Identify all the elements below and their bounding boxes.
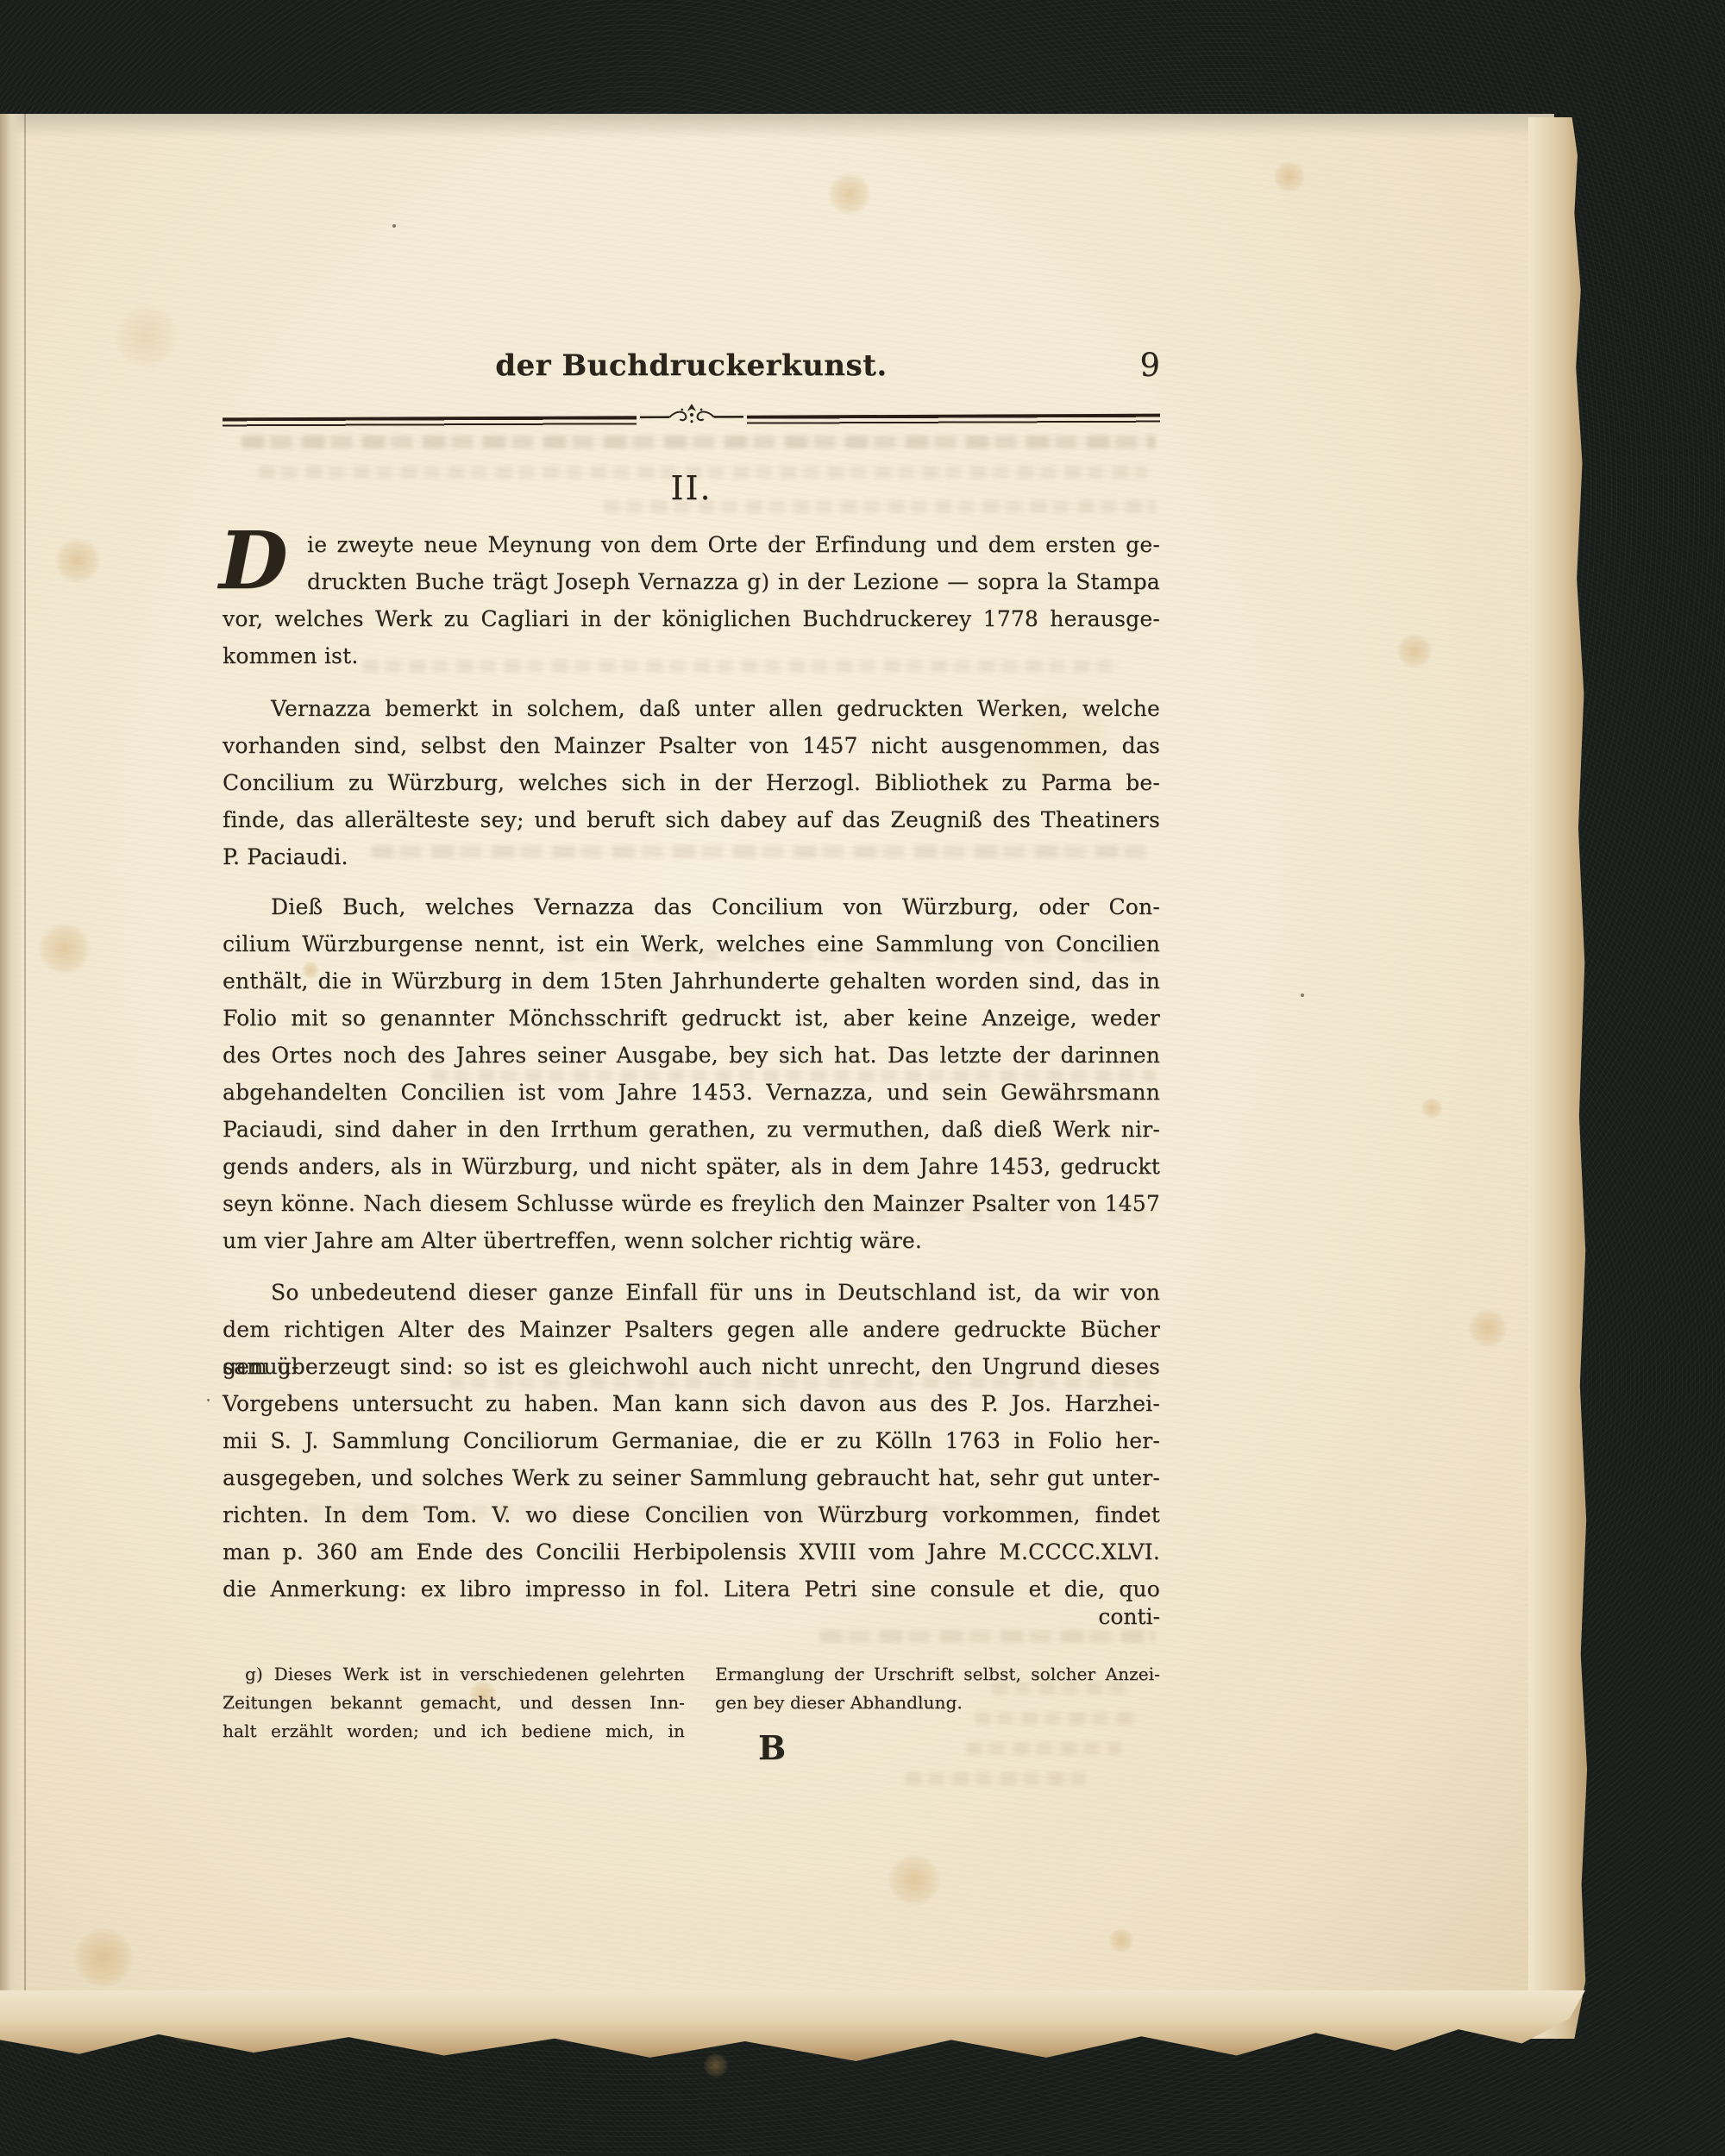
- text-line: mii S. J. Sammlung Conciliorum Germaniae…: [223, 1422, 1160, 1459]
- ink-speck: [1301, 993, 1304, 997]
- text-line: cilium Würzburgense nennt, ist ein Werk,…: [223, 925, 1160, 962]
- text-line: enthält, die in Würzburg in dem 15ten Ja…: [223, 962, 1160, 1000]
- gutter-crease: [24, 114, 26, 2002]
- text-line: Concilium zu Würzburg, welches sich in d…: [223, 764, 1160, 801]
- text-line: abgehandelten Concilien ist vom Jahre 14…: [223, 1074, 1160, 1111]
- foxing-stain: [1469, 1309, 1507, 1347]
- text-line: kommen ist.: [223, 637, 1160, 674]
- text-line: ausgegeben, und solches Werk zu seiner S…: [223, 1459, 1160, 1496]
- text-line: seyn könne. Nach diesem Schlusse würde e…: [223, 1185, 1160, 1222]
- text-line: vorhanden sind, selbst den Mainzer Psalt…: [223, 727, 1160, 764]
- text-line: des Ortes noch des Jahres seiner Ausgabe…: [223, 1037, 1160, 1074]
- text-line: Vorgebens untersucht zu haben. Man kann …: [223, 1385, 1160, 1422]
- deckle-edge-bottom: [0, 1990, 1585, 2061]
- text-line: Folio mit so genannter Mönchsschrift ged…: [223, 1000, 1160, 1037]
- page-gutter: [0, 114, 26, 2002]
- paragraph-4: So unbedeutend dieser ganze Einfall für …: [223, 1274, 1160, 1608]
- showthrough-line: [906, 1772, 1087, 1785]
- footnote-line: Zeitungen bekannt gemacht, und dessen In…: [223, 1689, 685, 1717]
- page-number: 9: [223, 347, 1160, 384]
- text-line: man p. 360 am Ende des Concilii Herbipol…: [223, 1533, 1160, 1570]
- signature-mark: B: [223, 1728, 1321, 1767]
- text-line: Dieß Buch, welches Vernazza das Conciliu…: [223, 888, 1160, 925]
- foxing-stain: [888, 1854, 940, 1906]
- text-line: finde, das allerälteste sey; und beruft …: [223, 801, 1160, 838]
- text-line: vor, welches Werk zu Cagliari in der kön…: [223, 600, 1160, 637]
- text-line: Vernazza bemerkt in solchem, daß unter a…: [223, 690, 1160, 727]
- section-heading: II.: [223, 469, 1160, 507]
- ink-speck: [392, 224, 396, 228]
- foxing-stain: [1397, 634, 1432, 668]
- paragraph-1: D ie zweyte neue Meynung von dem Orte de…: [223, 526, 1160, 674]
- foxing-stain: [39, 923, 91, 975]
- foxing-stain: [1421, 1098, 1442, 1119]
- text-line: P. Paciaudi.: [223, 838, 1160, 875]
- footnote-right-column: Ermanglung der Urschrift selbst, solcher…: [715, 1660, 1160, 1717]
- scan-background: der Buchdruckerkunst. 9: [0, 0, 1725, 2156]
- header-rule-right: [746, 413, 1160, 424]
- showthrough-line: [241, 436, 1156, 448]
- footnote-line: Ermanglung der Urschrift selbst, solcher…: [715, 1660, 1160, 1689]
- foxing-stain: [55, 538, 100, 583]
- foxing-stain: [1274, 161, 1305, 192]
- header-rule: [223, 411, 1160, 430]
- text-line: druckten Buche trägt Joseph Vernazza g) …: [223, 563, 1160, 600]
- text-line: gends anders, als in Würzburg, und nicht…: [223, 1148, 1160, 1185]
- catchword: conti-: [223, 1600, 1160, 1634]
- foxing-stain: [829, 173, 870, 215]
- foxing-stain: [116, 305, 178, 367]
- text-line: sam überzeugt sind: so ist es gleichwohl…: [223, 1348, 1160, 1385]
- page-top-edge: [0, 114, 1554, 138]
- text-line: richten. In dem Tom. V. wo diese Concili…: [223, 1496, 1160, 1533]
- text-line: So unbedeutend dieser ganze Einfall für …: [223, 1274, 1160, 1311]
- footnote-line: gen bey dieser Abhandlung.: [715, 1689, 1160, 1717]
- text-line: um vier Jahre am Alter übertreffen, wenn…: [223, 1222, 1160, 1259]
- footnote-line: g) Dieses Werk ist in verschiedenen gele…: [223, 1660, 685, 1689]
- foxing-stain: [74, 1928, 133, 1987]
- deckle-edge-right: [1528, 117, 1608, 2039]
- foxing-stain: [1109, 1928, 1133, 1952]
- foxing-stain: [704, 2053, 728, 2078]
- header-rule-left: [223, 416, 637, 427]
- book-page: der Buchdruckerkunst. 9: [0, 114, 1554, 2002]
- text-line: dem richtigen Alter des Mainzer Psalters…: [223, 1311, 1160, 1348]
- ink-speck: [207, 1399, 210, 1401]
- paragraph-3: Dieß Buch, welches Vernazza das Conciliu…: [223, 888, 1160, 1259]
- text-line: ie zweyte neue Meynung von dem Orte der …: [223, 526, 1160, 563]
- dropcap-initial: D: [219, 526, 288, 595]
- paragraph-2: Vernazza bemerkt in solchem, daß unter a…: [223, 690, 1160, 875]
- rule-ornament-icon: [639, 402, 743, 429]
- text-line: Paciaudi, sind daher in den Irrthum gera…: [223, 1111, 1160, 1148]
